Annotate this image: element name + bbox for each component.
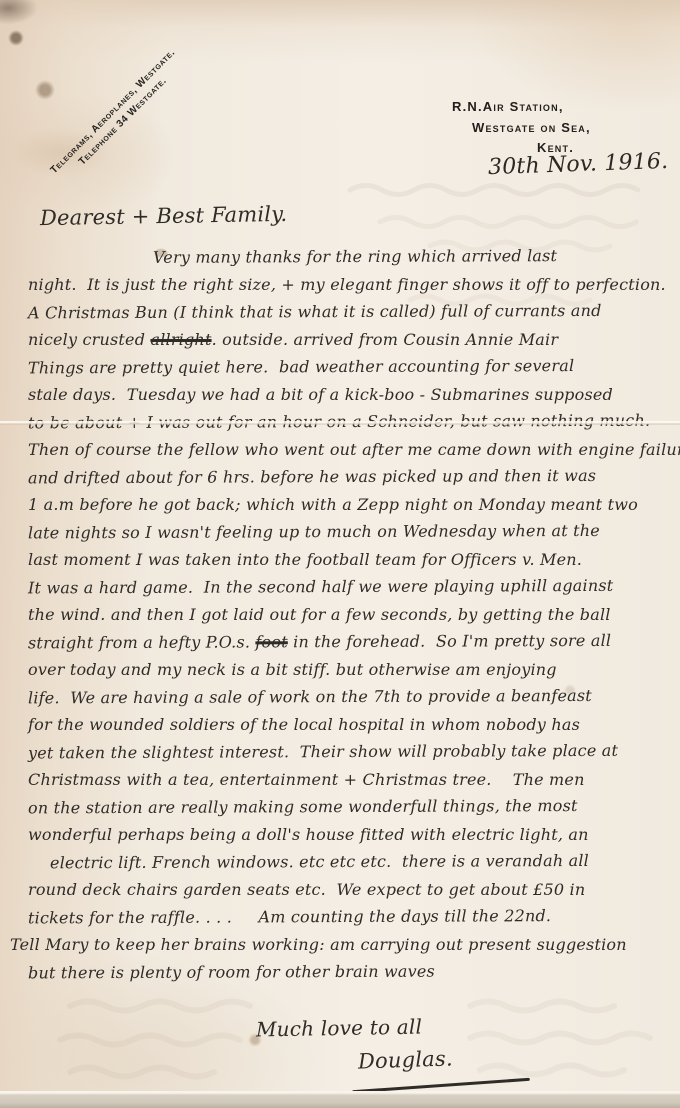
letter-line: life. We are having a sale of work on th… — [28, 682, 668, 712]
letter-line: and drifted about for 6 hrs. before he w… — [28, 462, 668, 492]
line-text: Tell Mary to keep her brains working: am… — [10, 935, 627, 954]
line-text: It was a hard game. In the second half w… — [28, 576, 613, 598]
stamp-telephone-line: Telephone 34 Westgate. — [41, 40, 204, 203]
line-text: straight from a hefty P.O.s. — [28, 632, 255, 652]
line-text: night. It is just the right size, + my e… — [28, 275, 666, 294]
letter-line: but there is plenty of room for other br… — [28, 957, 668, 987]
letterhead-station: R.N.Air Station, — [452, 99, 564, 114]
line-text: electric lift. French windows. etc etc e… — [50, 851, 589, 872]
line-text: stale days. Tuesday we had a bit of a ki… — [28, 385, 613, 404]
letter-body: Very many thanks for the ring which arri… — [28, 243, 668, 986]
line-text: 1 a.m before he got back; which with a Z… — [28, 495, 638, 514]
struck-word: allright — [150, 330, 211, 349]
letter-line: It was a hard game. In the second half w… — [28, 572, 668, 602]
letter-line: on the station are really making some wo… — [28, 792, 668, 822]
line-text: Christmass with a tea, entertainment + C… — [28, 770, 585, 789]
line-text: . outside. arrived from Cousin Annie Mai… — [212, 330, 559, 349]
salutation: Dearest + Best Family. — [40, 202, 288, 230]
line-text: over today and my neck is a bit stiff. b… — [28, 660, 557, 679]
line-text: Very many thanks for the ring which arri… — [153, 246, 557, 267]
line-text: the wind. and then I got laid out for a … — [28, 605, 611, 624]
letter-line: Things are pretty quiet here. bad weathe… — [28, 352, 668, 382]
line-text: nicely crusted — [28, 330, 150, 349]
line-text: on the station are really making some wo… — [28, 796, 578, 817]
line-text: round deck chairs garden seats etc. We e… — [28, 880, 585, 899]
letter-line: 1 a.m before he got back; which with a Z… — [28, 491, 668, 519]
line-text: Then of course the fellow who went out a… — [28, 440, 680, 459]
line-text: A Christmas Bun (I think that is what it… — [28, 301, 602, 323]
letter-line: straight from a hefty P.O.s. foot in the… — [28, 627, 668, 657]
line-text: and drifted about for 6 hrs. before he w… — [28, 466, 596, 487]
line-text: wonderful perhaps being a doll's house f… — [28, 825, 589, 844]
letter-line: yet taken the slightest interest. Their … — [28, 737, 668, 767]
signature: Douglas. — [358, 1046, 454, 1073]
line-text: Things are pretty quiet here. bad weathe… — [28, 356, 574, 377]
paper-bottom-edge — [0, 1091, 680, 1108]
line-text: yet taken the slightest interest. Their … — [28, 741, 618, 763]
line-text: last moment I was taken into the footbal… — [28, 550, 582, 569]
letter-line: tickets for the raffle. . . . Am countin… — [28, 902, 668, 932]
line-text: but there is plenty of room for other br… — [28, 962, 435, 983]
letter-line: round deck chairs garden seats etc. We e… — [28, 876, 668, 904]
letter-line: night. It is just the right size, + my e… — [28, 271, 668, 299]
letter-line: Very many thanks for the ring which arri… — [28, 242, 668, 272]
letter-line: A Christmas Bun (I think that is what it… — [28, 297, 668, 327]
struck-word: foot — [255, 632, 288, 651]
line-text: in the forehead. So I'm pretty sore all — [288, 631, 611, 651]
line-text: tickets for the raffle. . . . Am countin… — [28, 906, 551, 927]
letter-line: for the wounded soldiers of the local ho… — [28, 711, 668, 739]
letter-line: nicely crusted allright. outside. arrive… — [28, 326, 668, 354]
closing: Much love to all — [256, 1015, 422, 1042]
letter-page: Telegrams, Aeroplanes, Westgate. Telepho… — [0, 0, 680, 1108]
telegram-stamp: Telegrams, Aeroplanes, Westgate. Telepho… — [31, 30, 204, 203]
line-text: life. We are having a sale of work on th… — [28, 686, 592, 707]
letter-line: the wind. and then I got laid out for a … — [28, 601, 668, 629]
letter-line: Tell Mary to keep her brains working: am… — [28, 931, 668, 959]
letter-line: wonderful perhaps being a doll's house f… — [28, 821, 668, 849]
letter-line: late nights so I wasn't feeling up to mu… — [28, 517, 668, 547]
letter-line: over today and my neck is a bit stiff. b… — [28, 656, 668, 684]
stamp-telegrams-line: Telegrams, Aeroplanes, Westgate. — [31, 30, 194, 193]
paper-crease — [0, 421, 680, 425]
letter-line: Then of course the fellow who went out a… — [28, 436, 668, 464]
letter-line: stale days. Tuesday we had a bit of a ki… — [28, 381, 668, 409]
letter-line: Christmass with a tea, entertainment + C… — [28, 766, 668, 794]
letter-line: electric lift. French windows. etc etc e… — [28, 847, 668, 877]
letter-date: 30th Nov. 1916. — [488, 149, 669, 180]
line-text: late nights so I wasn't feeling up to mu… — [28, 521, 600, 542]
letterhead-town: Westgate on Sea, — [472, 120, 591, 135]
letter-line: last moment I was taken into the footbal… — [28, 546, 668, 574]
line-text: for the wounded soldiers of the local ho… — [28, 715, 580, 734]
